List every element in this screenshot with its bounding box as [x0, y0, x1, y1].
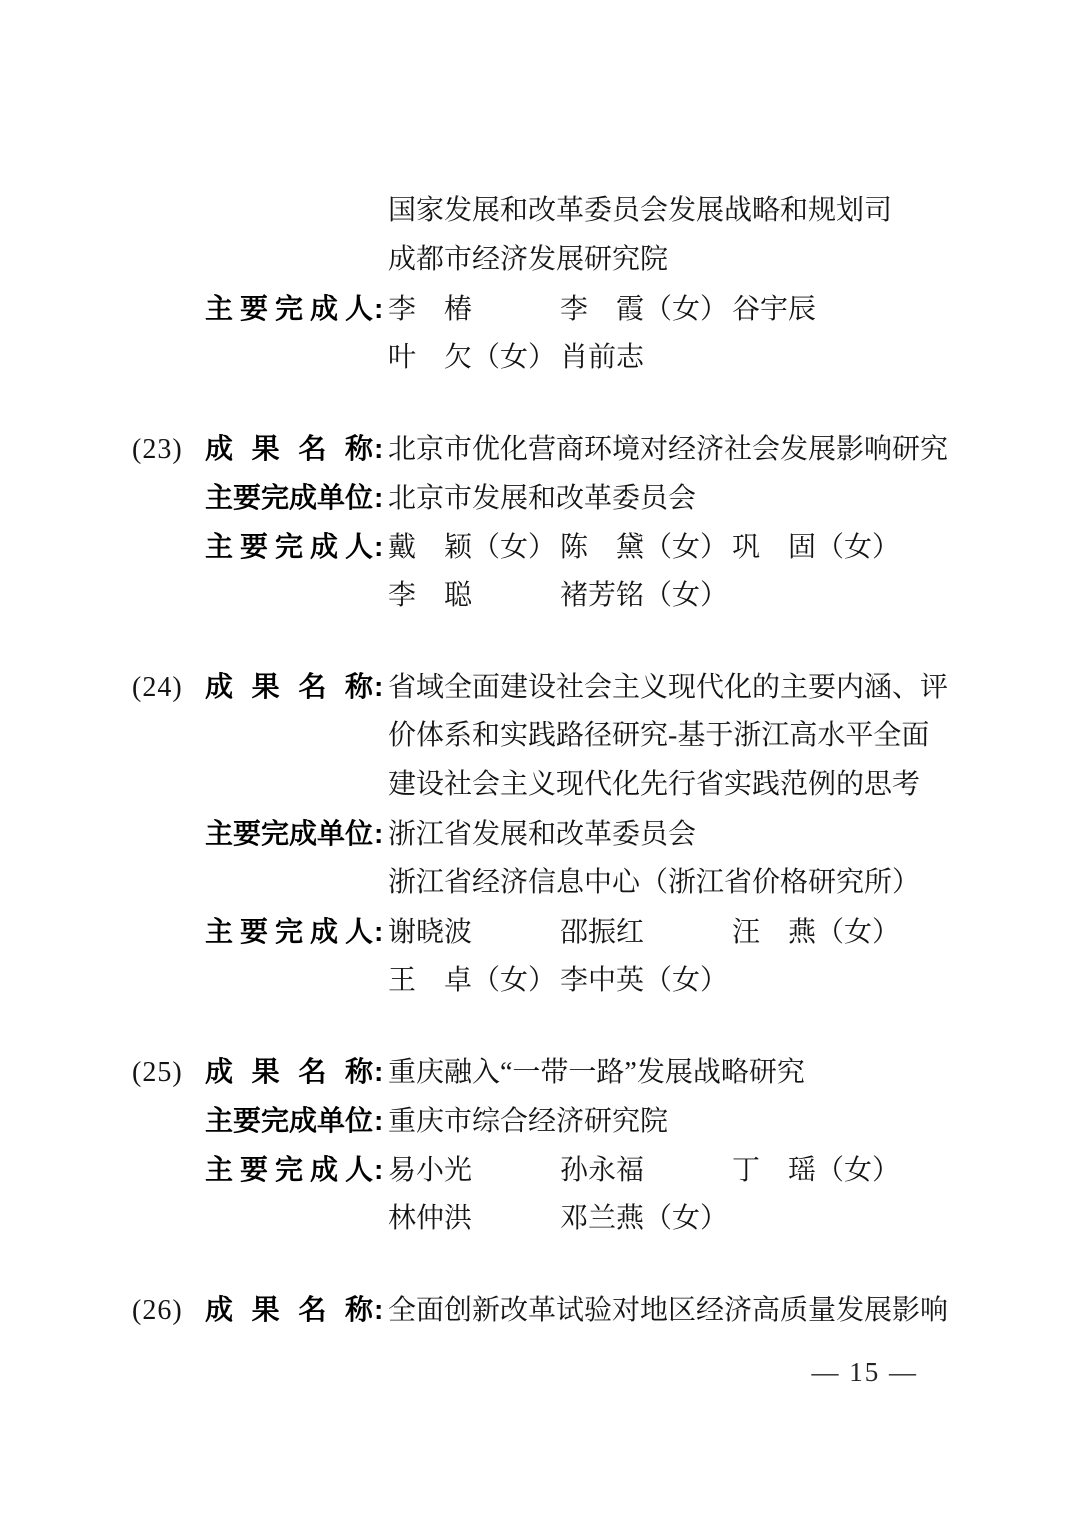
people-names: 林仲洪邓兰燕（女）	[388, 1194, 728, 1243]
item-number: (26)	[132, 1286, 205, 1335]
people-row: 叶 欠（女）肖前志	[132, 333, 962, 382]
people-row: 王 卓（女）李中英（女）	[132, 956, 962, 1005]
unit-name: 浙江省经济信息中心（浙江省价格研究所）	[388, 858, 920, 907]
item-number: (25)	[132, 1048, 205, 1097]
field-label-text: 主要完成人	[205, 522, 373, 571]
field-label-text: 成果名称	[205, 662, 373, 711]
field-label-colon: :	[374, 522, 383, 571]
result-item-24: (24)成果名称:省域全面建设社会主义现代化的主要内涵、评价体系和实践路径研究-…	[132, 662, 962, 1005]
people-names: 叶 欠（女）肖前志	[388, 333, 644, 382]
field-label-result-name: 成果名称:	[205, 1047, 388, 1096]
field-label-text: 主要完成人	[205, 907, 373, 956]
people-row: 主要完成人:易小光孙永福丁 瑶（女）	[132, 1145, 962, 1194]
field-label-main-people: 主要完成人:	[205, 907, 388, 956]
field-label-main-people: 主要完成人:	[205, 284, 388, 333]
people-names: 易小光孙永福丁 瑶（女）	[388, 1146, 900, 1195]
page-number: — 15 —	[812, 1357, 919, 1387]
field-label-colon: :	[374, 1047, 383, 1096]
field-label-text: 成果名称	[205, 1047, 373, 1096]
field-label-result-name: 成果名称:	[205, 424, 388, 473]
field-label-colon: :	[374, 1096, 383, 1145]
unit-name: 重庆市综合经济研究院	[388, 1097, 668, 1146]
person-name: 戴 颖（女）	[388, 523, 560, 572]
person-name: 李中英（女）	[560, 956, 728, 1005]
field-label-text: 成果名称	[205, 424, 373, 473]
field-label-result-name: 成果名称:	[205, 662, 388, 711]
result-item-23: (23)成果名称:北京市优化营商环境对经济社会发展影响研究主要完成单位:北京市发…	[132, 424, 962, 620]
person-name: 李 聪	[388, 571, 560, 620]
result-name-row: (23)成果名称:北京市优化营商环境对经济社会发展影响研究	[132, 424, 962, 473]
person-name: 邵振红	[560, 908, 732, 957]
person-name: 巩 固（女）	[732, 523, 900, 572]
people-names: 王 卓（女）李中英（女）	[388, 956, 728, 1005]
people-names: 戴 颖（女）陈 黛（女）巩 固（女）	[388, 523, 900, 572]
field-label-main-units: 主要完成单位:	[205, 473, 388, 522]
people-names: 李 聪褚芳铭（女）	[388, 571, 728, 620]
unit-row: 主要完成单位:重庆市综合经济研究院	[132, 1096, 962, 1145]
unit-row: 主要完成单位:北京市发展和改革委员会	[132, 473, 962, 522]
unit-row: 成都市经济发展研究院	[132, 235, 962, 284]
field-label-colon: :	[374, 284, 383, 333]
result-name-row: (26)成果名称:全面创新改革试验对地区经济高质量发展影响	[132, 1285, 962, 1334]
field-label-colon: :	[374, 473, 383, 522]
field-label-text: 主要完成单位	[205, 1096, 373, 1145]
result-title-line: 全面创新改革试验对地区经济高质量发展影响	[388, 1286, 948, 1335]
item-number: (24)	[132, 663, 205, 712]
field-label-main-people: 主要完成人:	[205, 1145, 388, 1194]
field-label-colon: :	[374, 1285, 383, 1334]
person-name: 邓兰燕（女）	[560, 1194, 728, 1243]
result-name-row: 建设社会主义现代化先行省实践范例的思考	[132, 760, 962, 809]
field-label-text: 主要完成单位	[205, 809, 373, 858]
unit-name: 浙江省发展和改革委员会	[388, 810, 696, 859]
results-list: 国家发展和改革委员会发展战略和规划司成都市经济发展研究院主要完成人:李 椿李 霞…	[132, 186, 962, 1334]
person-name: 褚芳铭（女）	[560, 571, 728, 620]
result-title-line: 省域全面建设社会主义现代化的主要内涵、评	[388, 663, 948, 712]
field-label-text: 主要完成人	[205, 284, 373, 333]
person-name: 李 椿	[388, 285, 560, 334]
person-name: 肖前志	[560, 333, 644, 382]
result-title-line: 北京市优化营商环境对经济社会发展影响研究	[388, 425, 948, 474]
field-label-text: 主要完成人	[205, 1145, 373, 1194]
result-item-26: (26)成果名称:全面创新改革试验对地区经济高质量发展影响	[132, 1285, 962, 1334]
person-name: 林仲洪	[388, 1194, 560, 1243]
result-name-row: 价体系和实践路径研究-基于浙江高水平全面	[132, 711, 962, 760]
person-name: 谷宇辰	[732, 285, 816, 334]
unit-name: 北京市发展和改革委员会	[388, 474, 696, 523]
people-row: 主要完成人:李 椿李 霞（女）谷宇辰	[132, 284, 962, 333]
person-name: 孙永福	[560, 1146, 732, 1195]
result-title-line: 重庆融入“一带一路”发展战略研究	[388, 1048, 805, 1097]
result-item-25: (25)成果名称:重庆融入“一带一路”发展战略研究主要完成单位:重庆市综合经济研…	[132, 1047, 962, 1243]
field-label-colon: :	[374, 1145, 383, 1194]
field-label-colon: :	[374, 907, 383, 956]
people-row: 李 聪褚芳铭（女）	[132, 571, 962, 620]
result-name-row: (24)成果名称:省域全面建设社会主义现代化的主要内涵、评	[132, 662, 962, 711]
field-label-text: 成果名称	[205, 1285, 373, 1334]
field-label-main-units: 主要完成单位:	[205, 809, 388, 858]
field-label-colon: :	[374, 424, 383, 473]
unit-row: 浙江省经济信息中心（浙江省价格研究所）	[132, 858, 962, 907]
person-name: 叶 欠（女）	[388, 333, 560, 382]
person-name: 易小光	[388, 1146, 560, 1195]
result-title-line: 建设社会主义现代化先行省实践范例的思考	[388, 760, 920, 809]
person-name: 丁 瑶（女）	[732, 1146, 900, 1195]
unit-name: 国家发展和改革委员会发展战略和规划司	[388, 186, 892, 235]
people-row: 主要完成人:谢晓波邵振红汪 燕（女）	[132, 907, 962, 956]
person-name: 谢晓波	[388, 908, 560, 957]
field-label-colon: :	[374, 662, 383, 711]
unit-name: 成都市经济发展研究院	[388, 235, 668, 284]
people-row: 主要完成人:戴 颖（女）陈 黛（女）巩 固（女）	[132, 522, 962, 571]
unit-row: 主要完成单位:浙江省发展和改革委员会	[132, 809, 962, 858]
field-label-main-units: 主要完成单位:	[205, 1096, 388, 1145]
result-item-continued: 国家发展和改革委员会发展战略和规划司成都市经济发展研究院主要完成人:李 椿李 霞…	[132, 186, 962, 382]
field-label-main-people: 主要完成人:	[205, 522, 388, 571]
people-names: 李 椿李 霞（女）谷宇辰	[388, 285, 816, 334]
item-number: (23)	[132, 425, 205, 474]
person-name: 汪 燕（女）	[732, 908, 900, 957]
document-page: 国家发展和改革委员会发展战略和规划司成都市经济发展研究院主要完成人:李 椿李 霞…	[0, 0, 1080, 1527]
result-title-line: 价体系和实践路径研究-基于浙江高水平全面	[388, 711, 929, 760]
page-footer: — 15 —	[812, 1352, 919, 1392]
field-label-result-name: 成果名称:	[205, 1285, 388, 1334]
unit-row: 国家发展和改革委员会发展战略和规划司	[132, 186, 962, 235]
person-name: 李 霞（女）	[560, 285, 732, 334]
field-label-colon: :	[374, 809, 383, 858]
person-name: 王 卓（女）	[388, 956, 560, 1005]
people-names: 谢晓波邵振红汪 燕（女）	[388, 908, 900, 957]
field-label-text: 主要完成单位	[205, 473, 373, 522]
result-name-row: (25)成果名称:重庆融入“一带一路”发展战略研究	[132, 1047, 962, 1096]
person-name: 陈 黛（女）	[560, 523, 732, 572]
people-row: 林仲洪邓兰燕（女）	[132, 1194, 962, 1243]
